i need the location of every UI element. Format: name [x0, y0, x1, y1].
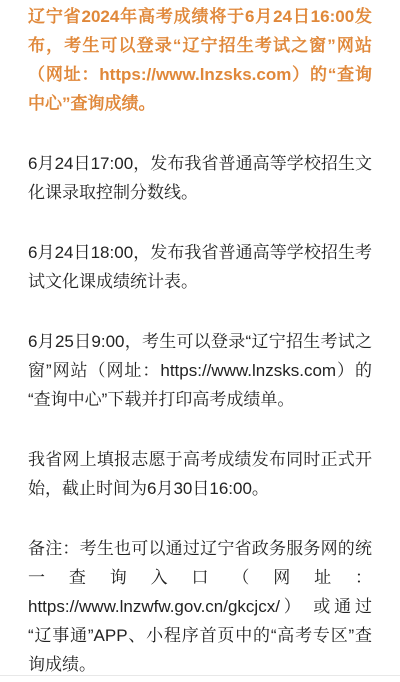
notice-paragraph-print-score-report: 6月25日9:00，考生可以登录“辽宁招生考试之窗”网站（网址：https://…	[28, 327, 372, 414]
notice-paragraph-volunteer-filing: 我省网上填报志愿于高考成绩发布同时正式开始，截止时间为6月30日16:00。	[28, 445, 372, 503]
notice-paragraph-score-statistics: 6月24日18:00，发布我省普通高等学校招生考试文化课成绩统计表。	[28, 238, 372, 296]
notice-paragraph-cutoff-lines: 6月24日17:00，发布我省普通高等学校招生文化课录取控制分数线。	[28, 149, 372, 207]
notice-headline: 辽宁省2024年高考成绩将于6月24日16:00发布，考生可以登录“辽宁招生考试…	[28, 2, 372, 118]
notice-paragraph-remark: 备注：考生也可以通过辽宁省政务服务网的统一查询入口（网址：https://www…	[28, 534, 372, 679]
notice-article: 辽宁省2024年高考成绩将于6月24日16:00发布，考生可以登录“辽宁招生考试…	[0, 0, 400, 679]
bottom-divider	[0, 675, 400, 676]
